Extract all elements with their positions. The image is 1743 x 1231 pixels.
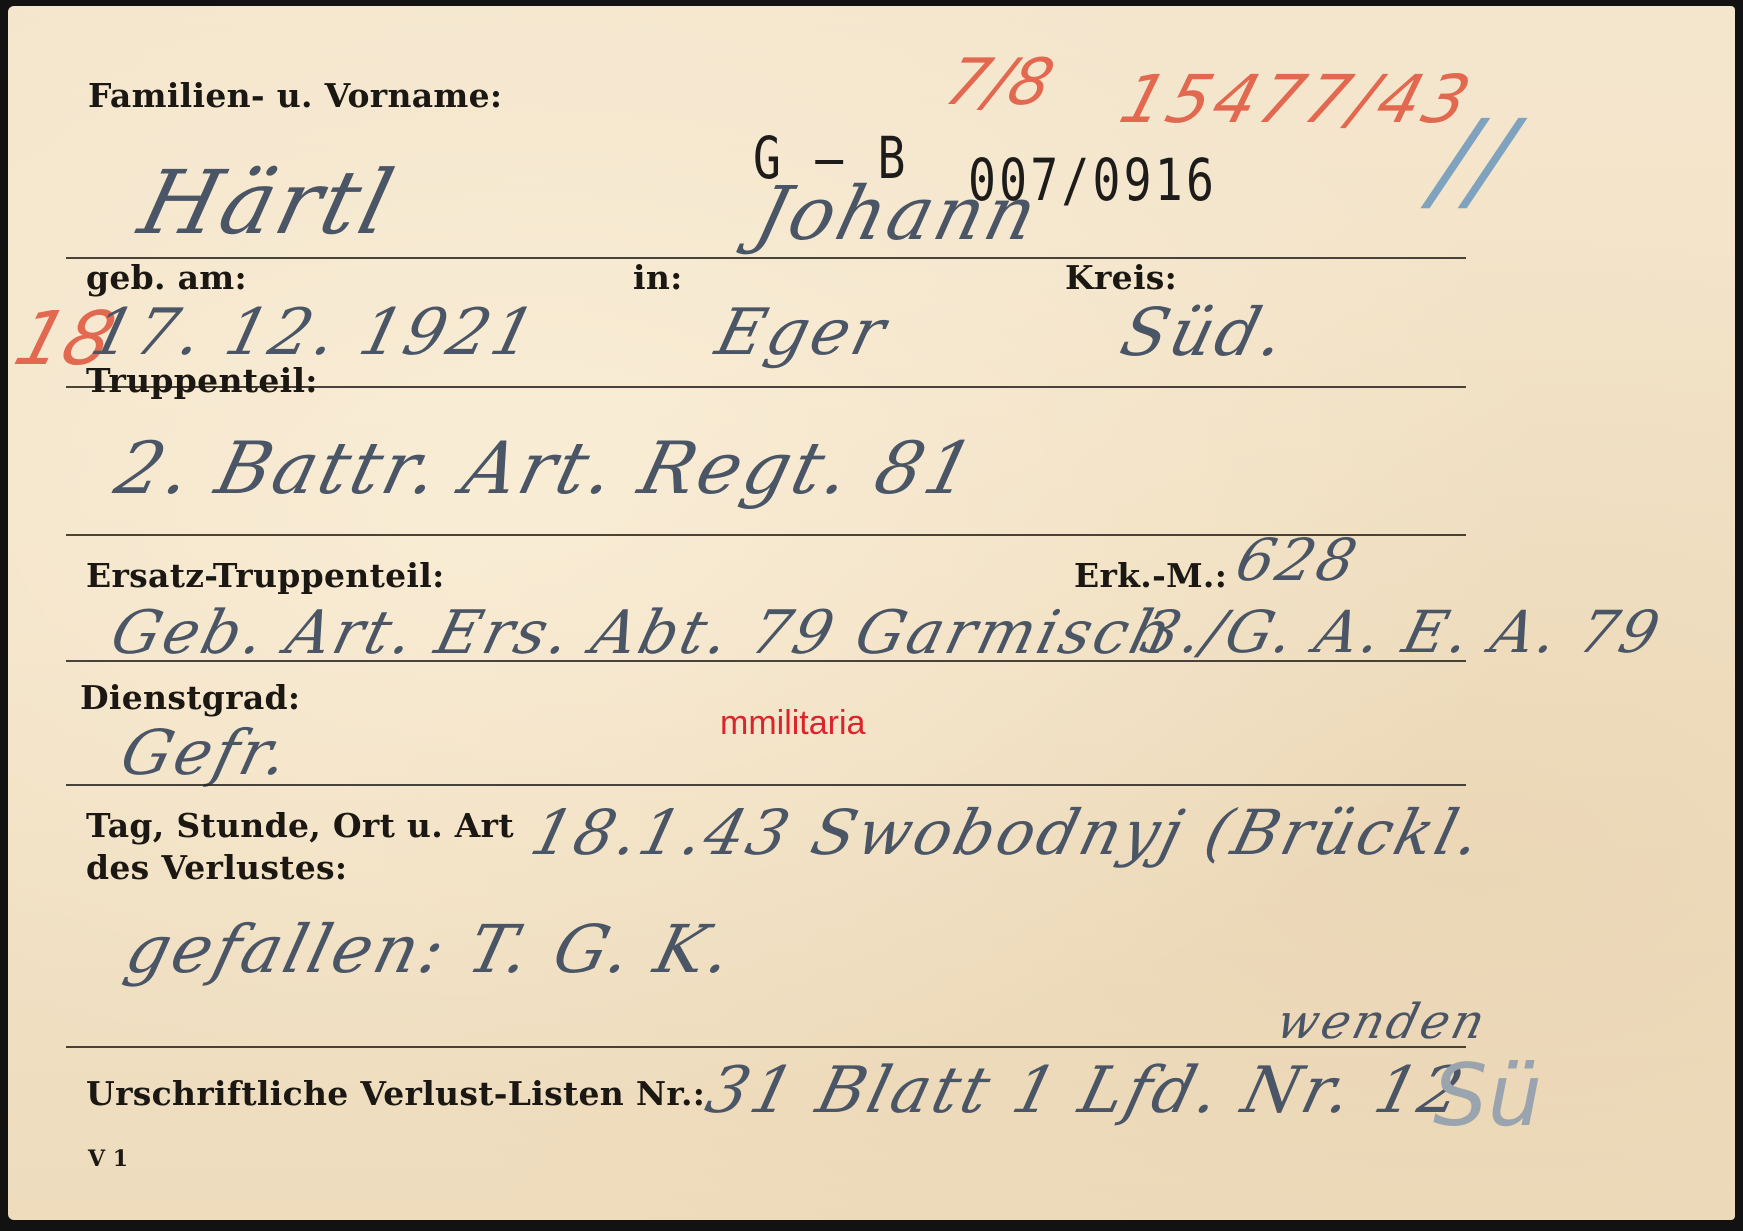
form-code: V 1 xyxy=(88,1146,128,1172)
birth-place-label: in: xyxy=(633,258,683,297)
birth-place-value: Eger xyxy=(709,296,896,370)
district-label: Kreis: xyxy=(1065,258,1177,297)
replacement-unit-label: Ersatz-Truppenteil: xyxy=(86,556,445,595)
name-line xyxy=(66,257,1466,259)
loss-line xyxy=(66,1046,1466,1048)
loss-list-label: Urschriftliche Verlust-Listen Nr.: xyxy=(86,1074,705,1113)
red-ref-annotation: 7/8 xyxy=(937,46,1061,120)
loss-value-line2: gefallen: T. G. K. xyxy=(118,911,742,988)
birth-date-label: geb. am: xyxy=(86,258,247,297)
replacement-unit-line xyxy=(66,660,1466,662)
district-value: Süd. xyxy=(1113,294,1295,371)
loss-label-line1: Tag, Stunde, Ort u. Art xyxy=(86,806,514,845)
surname-value: Härtl xyxy=(130,151,405,254)
casualty-record-card: Familien- u. Vorname: G – B 007/0916 7/8… xyxy=(8,6,1735,1220)
red-number-annotation: 15477/43 xyxy=(1112,61,1482,138)
given-name-value: Johann xyxy=(747,171,1048,257)
loss-label-line2: des Verlustes: xyxy=(86,848,347,887)
initials-mark: Sü xyxy=(1433,1046,1542,1146)
watermark: mmilitaria xyxy=(720,704,865,743)
replacement-unit-value: Geb. Art. Ers. Abt. 79 Garmisch xyxy=(104,598,1181,668)
unit-label: Truppenteil: xyxy=(86,361,318,400)
id-tag-value: 628 xyxy=(1230,526,1367,594)
rank-value: Gefr. xyxy=(114,716,299,789)
rank-label: Dienstgrad: xyxy=(80,678,300,717)
id-tag-label: Erk.-M.: xyxy=(1074,556,1227,595)
name-label: Familien- u. Vorname: xyxy=(88,76,502,115)
unit-value: 2. Battr. Art. Regt. 81 xyxy=(108,426,986,510)
loss-list-value: 31 Blatt 1 Lfd. Nr. 12 xyxy=(699,1054,1473,1128)
loss-value-line1: 18.1.43 Swobodnyj (Brückl. xyxy=(524,796,1491,869)
birth-date-value: 17. 12. 1921 xyxy=(84,296,546,370)
replacement-unit-extra: 3./G. A. E. A. 79 xyxy=(1135,598,1670,666)
turn-over-note: wenden xyxy=(1271,994,1493,1050)
rank-line xyxy=(66,784,1466,786)
